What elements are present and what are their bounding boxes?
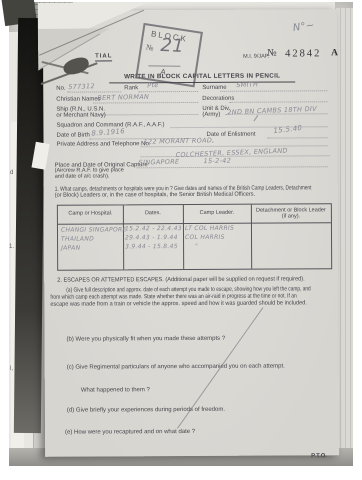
table-header-dates: Dates.	[123, 211, 183, 217]
rank-field-label: Rank	[124, 85, 138, 91]
table-cell: 15.2.42 - 22.4.43	[125, 225, 182, 232]
field-line	[137, 166, 328, 168]
form-suffix: A	[331, 49, 338, 59]
field-line	[220, 90, 327, 92]
section2-qc: (c) Give Regimental particulars of anyon…	[67, 364, 285, 371]
table-cell: CHANGI SINGAPORE	[61, 226, 127, 233]
no-field-value: 577312	[68, 82, 95, 91]
table-column-divider	[251, 205, 252, 269]
address-value-line2: COLCHESTER, ESSEX, ENGLAND	[175, 147, 287, 159]
pencil-tick	[253, 115, 258, 121]
field-line	[170, 126, 327, 128]
form-no-sign: №	[267, 49, 277, 60]
unit-div-label-line2: (Army)	[202, 112, 220, 118]
stamp-block-number: 21	[160, 35, 184, 57]
form-reference: M.I. 9/JAP.	[243, 55, 269, 61]
field-line	[141, 145, 328, 147]
field-line	[225, 113, 327, 115]
table-cell: 3.9.44 - 15.8.45	[125, 243, 178, 250]
section2-qd: (d) Give briefly your experiences during…	[67, 407, 225, 414]
left-dark-gap	[14, 18, 45, 433]
table-header-camp: Camp or Hospital.	[58, 211, 123, 217]
edge-text-fragment: d	[10, 170, 13, 176]
section2-qb: (b) Were you physically fit when you mad…	[67, 336, 226, 343]
edge-text-fragment: 1.	[9, 244, 14, 250]
christian-names-value: BERT NORMAN	[97, 93, 149, 102]
section2-qc-followup: What happened to them ?	[81, 387, 150, 394]
no-field-label: No.	[56, 86, 65, 92]
ship-label-line2: or Merchant Navy)	[56, 112, 105, 119]
field-line	[229, 101, 327, 103]
capture-place-value: SINGAPORE	[139, 158, 180, 167]
date-of-birth-label: Date of Birth	[56, 133, 89, 139]
form-number: 42842	[285, 48, 321, 59]
rank-field-value: Pte	[147, 81, 159, 90]
table-cell: LT COL HARRIS	[185, 225, 234, 232]
pto-label: P.T.O.	[311, 453, 327, 459]
stamp-no-sign: №	[145, 44, 154, 53]
field-line	[93, 102, 198, 104]
instruction-heading: WRITE IN BLOCK CAPITAL LETTERS IN PENCIL	[109, 73, 295, 83]
section2-qa-line3: escape was made from a train or vehicle …	[50, 300, 307, 308]
date-of-birth-value: 8.9.1916	[91, 127, 125, 137]
question1-line2: (or Block) Leaders or, in the case of ho…	[55, 192, 255, 199]
classification-fragment: TIAL	[95, 53, 112, 61]
table-cell: COL HARRIS	[185, 234, 225, 241]
pencil-scribble: N°~	[292, 20, 315, 34]
camps-table: Camp or Hospital. Dates. Camp Leader. De…	[57, 203, 332, 270]
capture-date-value: 15-2-42	[204, 157, 232, 166]
document-photo: d 1. l, TIAL BLOCK № 21 A. N°~ M.I. 9/JA…	[9, 2, 353, 466]
torn-edge-piece	[32, 142, 50, 170]
date-of-enlistment-value: 15.5.40	[273, 124, 303, 135]
field-line	[67, 91, 121, 92]
table-header-detachment: Detachment or Block Leader (if any).	[254, 207, 328, 220]
table-cell: "	[195, 243, 198, 250]
address-value-line1: 122 MORANT ROAD,	[143, 136, 214, 146]
form-page: TIAL BLOCK № 21 A. N°~ M.I. 9/JAP. № 428…	[43, 9, 339, 457]
table-cell: THAILAND	[61, 236, 94, 243]
edge-text-fragment: l,	[10, 366, 13, 372]
table-cell: 29.4.43 - 1.9.44	[125, 234, 178, 241]
field-line	[268, 137, 328, 138]
section2-qe: (e) How were you recaptured and on what …	[65, 429, 195, 436]
table-header-leader: Camp Leader.	[183, 211, 251, 217]
surname-field-value: SMITH	[236, 80, 258, 89]
field-line	[100, 114, 198, 116]
section2-title: 2. ESCAPES OR ATTEMPTED ESCAPES. (Additi…	[57, 276, 304, 284]
stamp-underline	[148, 65, 180, 66]
table-cell: JAPAN	[61, 245, 80, 252]
address-label: Private Address and Telephone No.	[57, 141, 151, 148]
capture-note-line2: and date of a/c crash).	[55, 174, 110, 180]
